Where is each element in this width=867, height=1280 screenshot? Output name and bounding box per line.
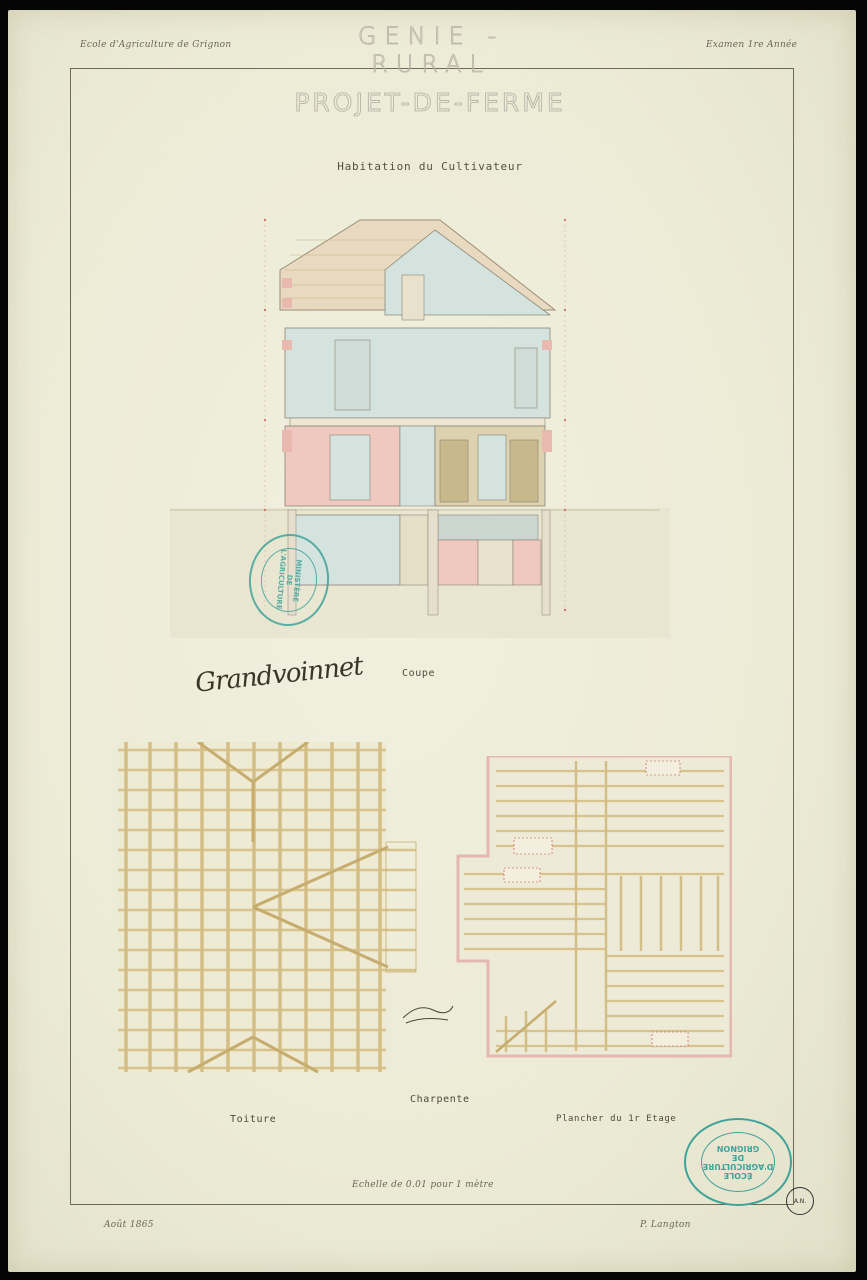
page-subtitle: Habitation du Cultivateur [300, 160, 560, 173]
roof-framing-plan [118, 742, 418, 1077]
date-note: Août 1865 [104, 1220, 154, 1230]
roof-label: Toiture [230, 1114, 276, 1125]
floor-label: Plancher du 1r Etage [556, 1114, 676, 1124]
section-drawing [170, 210, 670, 650]
framework-label: Charpente [410, 1094, 470, 1105]
floor-framing-plan [456, 756, 732, 1062]
department-header: GENIE - RURAL [296, 22, 566, 78]
school-stamp: ÉCOLE D'AGRICULTURE DE GRIGNON [684, 1118, 792, 1206]
initials-mark [398, 998, 458, 1028]
school-header: Ecole d'Agriculture de Grignon [80, 40, 231, 50]
archive-mark: A.N. [786, 1187, 814, 1215]
page-title: PROJET-DE-FERME [270, 88, 590, 117]
exam-header: Examen 1re Année [706, 40, 797, 50]
author-signature: P. Langton [640, 1220, 691, 1230]
section-label: Coupe [402, 668, 435, 679]
scale-note: Echelle de 0.01 pour 1 mètre [352, 1180, 494, 1190]
